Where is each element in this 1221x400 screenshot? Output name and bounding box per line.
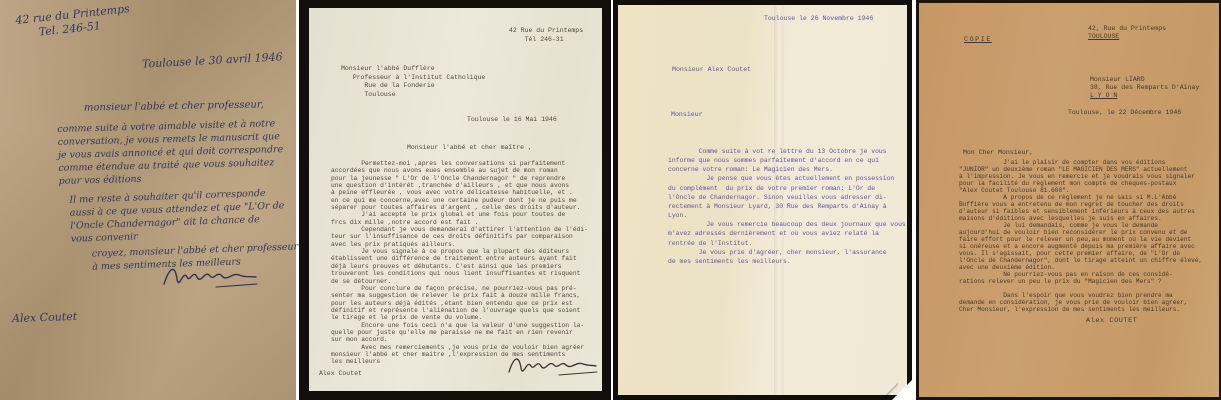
letter-paper: Toulouse le 26 Novembre 1946 Monsieur Al…	[618, 5, 907, 395]
letter-paper: 42 Rue du Printemps Tél 246-31 Monsieur …	[309, 8, 602, 391]
carbon-copy-letter-december-1946: COPIE 42, Rue du Printemps TOULOUSE Mons…	[916, 0, 1221, 400]
recipient-name: Monsieur LIARD	[1090, 76, 1145, 83]
recipient-street: 38, Rue des Remparts D'Ainay	[1090, 84, 1199, 91]
recipient-line: Monsieur Alex Coutet	[672, 66, 751, 73]
scanned-letters-strip: 42 rue du PrintempsTel. 246-51 Toulouse …	[0, 0, 1221, 400]
letter-body: Permettez-moi ,apres les conversations s…	[331, 160, 588, 366]
signature-scrawl	[504, 350, 599, 384]
folded-corner	[892, 380, 912, 400]
copy-label: COPIE	[964, 36, 992, 44]
salutation: monsieur l'abbé et cher professeur,	[84, 98, 264, 114]
attribution-name: Alex Coutet	[12, 310, 78, 325]
sender-address: 42 Rue du Printemps Tél 246-31	[509, 26, 583, 44]
sender-address: 42 rue du PrintempsTel. 246-51	[15, 2, 132, 42]
salutation: Monsieur	[671, 111, 703, 118]
signature-scrawl	[158, 260, 262, 296]
typed-letter-may-1946: 42 Rue du Printemps Tél 246-31 Monsieur …	[299, 0, 611, 400]
date-line: Toulouse le 16 Mai 1946	[467, 116, 557, 123]
letter-paper: COPIE 42, Rue du Printemps TOULOUSE Mons…	[919, 3, 1219, 397]
typed-reply-november-1946: Toulouse le 26 Novembre 1946 Monsieur Al…	[613, 0, 912, 400]
date-line: Toulouse le 30 avril 1946	[142, 50, 283, 70]
handwritten-letter-1946: 42 rue du PrintempsTel. 246-51 Toulouse …	[0, 0, 296, 400]
body-paragraph: Il me reste à souhaiter qu'il correspond…	[69, 186, 285, 245]
date-line: Toulouse, le 22 Décembre 1946	[1068, 109, 1181, 116]
date-line: Toulouse le 26 Novembre 1946	[764, 15, 873, 22]
typed-signature-name: Alex COUTET	[1086, 317, 1137, 325]
sender-address: 42, Rue du Printemps TOULOUSE	[1088, 25, 1166, 41]
typed-signature-name: Alex Coutet	[319, 370, 362, 377]
recipient-city: L Y O N	[1090, 92, 1117, 99]
address-line: 42, Rue du Printemps	[1088, 25, 1166, 32]
letter-body: J'ai le plaisir de compter dans vos édit…	[959, 159, 1202, 313]
recipient-block: Monsieur LIARD 38, Rue des Remparts D'Ai…	[1090, 76, 1199, 101]
recipient-block: Monsieur l'abbé Dufflère Professeur à l'…	[341, 65, 485, 99]
salutation: Mon Cher Monsieur,	[963, 149, 1033, 156]
salutation: Monsieur l'abbé et cher maître ,	[407, 144, 532, 151]
city-line: TOULOUSE	[1088, 33, 1119, 40]
letter-body: Comme suite à vot re lettre du 13 Octobr…	[668, 147, 906, 266]
body-paragraph: comme suite à votre aimable visite et à …	[57, 117, 284, 188]
